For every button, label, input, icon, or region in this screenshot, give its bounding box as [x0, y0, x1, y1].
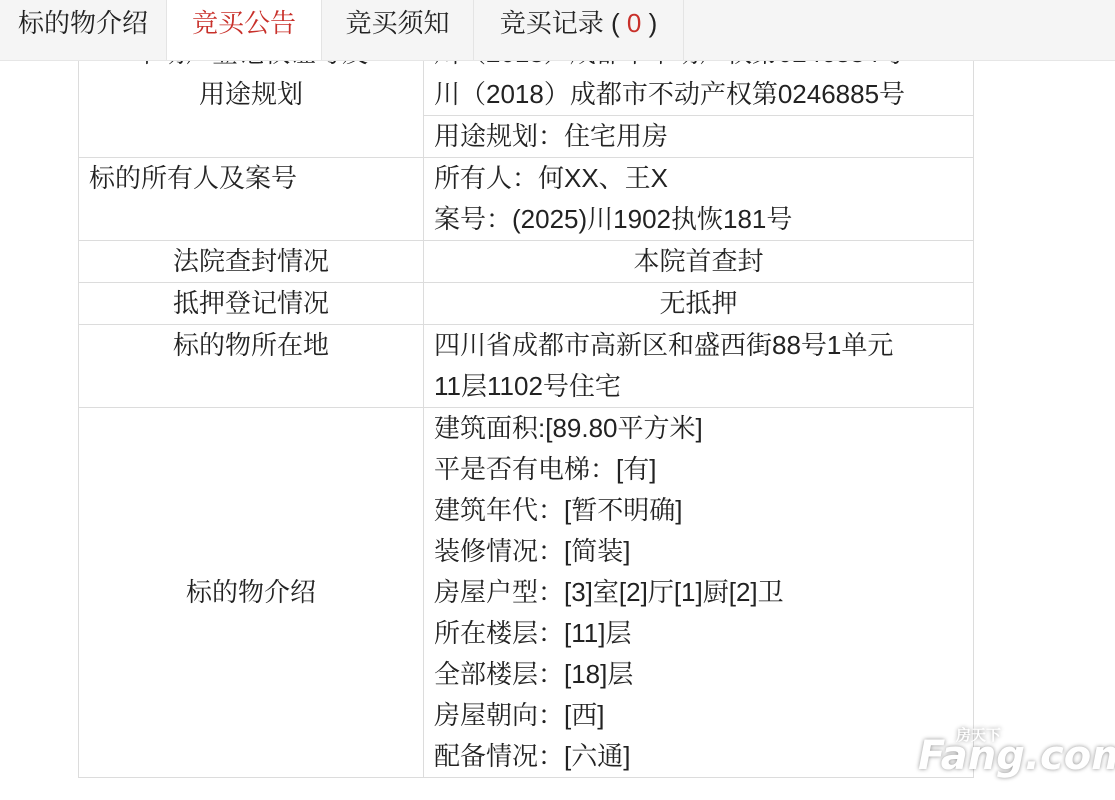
cert-label-line2: 用途规划: [89, 74, 413, 115]
intro-item-layout: 房屋户型：[3]室[2]厅[1]厨[2]卫: [434, 572, 963, 613]
intro-label-cell: 标的物介绍: [79, 408, 424, 778]
seizure-value-cell: 本院首查封: [424, 241, 974, 283]
intro-value-cell: 建筑面积:[89.80平方米] 平是否有电梯：[有] 建筑年代：[暂不明确] 装…: [424, 408, 974, 778]
intro-item-orientation: 房屋朝向：[西]: [434, 695, 963, 736]
intro-label: 标的物介绍: [186, 577, 316, 607]
table-row-intro: 标的物介绍 建筑面积:[89.80平方米] 平是否有电梯：[有] 建筑年代：[暂…: [79, 408, 974, 778]
tab-label: 竞买记录: [500, 8, 604, 38]
tab-bar: 标的物介绍 竞买公告 竞买须知 竞买记录 ( 0 ): [0, 0, 1115, 61]
seizure-label: 法院查封情况: [173, 246, 329, 276]
location-line1: 四川省成都市高新区和盛西街88号1单元: [434, 325, 963, 366]
announcement-table-wrap: 不动产登记权证号及 用途规划 川（2018）成都市不动产权第0246884号 川…: [78, 32, 974, 778]
announcement-table: 不动产登记权证号及 用途规划 川（2018）成都市不动产权第0246884号 川…: [78, 32, 974, 778]
tab-label: 竞买须知: [345, 8, 449, 38]
table-row-mortgage: 抵押登记情况 无抵押: [79, 283, 974, 325]
seizure-label-cell: 法院查封情况: [79, 241, 424, 283]
usage-cell: 用途规划：住宅用房: [424, 116, 974, 158]
intro-item-area: 建筑面积:[89.80平方米]: [434, 408, 963, 449]
location-value-cell: 四川省成都市高新区和盛西街88号1单元 11层1102号住宅: [424, 325, 974, 408]
table-row-location: 标的物所在地 四川省成都市高新区和盛西街88号1单元 11层1102号住宅: [79, 325, 974, 408]
intro-item-facilities: 配备情况：[六通]: [434, 736, 963, 777]
tab-label: 标的物介绍: [18, 8, 148, 38]
tab-bid-records[interactable]: 竞买记录 ( 0 ): [474, 0, 684, 60]
bid-count-badge: 0: [627, 8, 641, 38]
usage-value: 用途规划：住宅用房: [434, 116, 963, 157]
intro-item-floor: 所在楼层：[11]层: [434, 613, 963, 654]
location-label-cell: 标的物所在地: [79, 325, 424, 408]
mortgage-label-cell: 抵押登记情况: [79, 283, 424, 325]
location-label: 标的物所在地: [173, 330, 329, 360]
tab-item-intro[interactable]: 标的物介绍: [0, 0, 167, 60]
case-number: 案号：(2025)川1902执恢181号: [434, 199, 963, 240]
tab-auction-rules[interactable]: 竞买须知: [322, 0, 474, 60]
mortgage-value-cell: 无抵押: [424, 283, 974, 325]
intro-item-decoration: 装修情况：[简装]: [434, 531, 963, 572]
table-row-owner: 标的所有人及案号 所有人：何XX、王X 案号：(2025)川1902执恢181号: [79, 158, 974, 241]
seizure-value: 本院首查封: [633, 246, 763, 276]
tab-auction-notice[interactable]: 竞买公告: [167, 0, 322, 60]
location-line2: 11层1102号住宅: [434, 366, 963, 407]
owner-value-cell: 所有人：何XX、王X 案号：(2025)川1902执恢181号: [424, 158, 974, 241]
intro-item-elevator: 平是否有电梯：[有]: [434, 449, 963, 490]
fang-watermark-logo: Fang.com 房天下: [918, 728, 1103, 784]
cert-number-2: 川（2018）成都市不动产权第0246885号: [434, 74, 963, 115]
mortgage-value: 无抵押: [659, 288, 737, 318]
count-close: ): [649, 8, 658, 38]
intro-item-year: 建筑年代：[暂不明确]: [434, 490, 963, 531]
tab-label: 竞买公告: [192, 8, 296, 38]
watermark-brand: Fang.com: [918, 733, 1115, 779]
owner-value: 所有人：何XX、王X: [434, 158, 963, 199]
owner-label-cell: 标的所有人及案号: [79, 158, 424, 241]
intro-item-total-floors: 全部楼层：[18]层: [434, 654, 963, 695]
owner-label: 标的所有人及案号: [89, 158, 413, 199]
count-open: (: [611, 8, 620, 38]
watermark-brand-cn: 房天下: [956, 726, 1001, 744]
mortgage-label: 抵押登记情况: [173, 288, 329, 318]
table-row-seizure: 法院查封情况 本院首查封: [79, 241, 974, 283]
